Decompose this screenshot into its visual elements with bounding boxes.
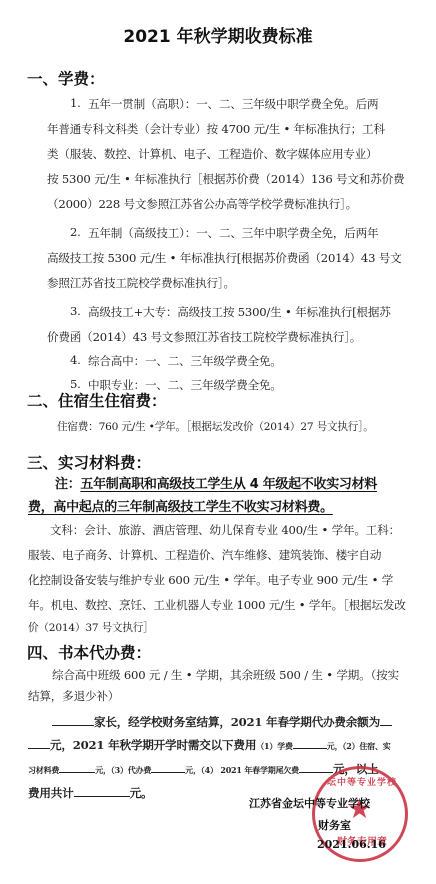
text: 家长，经学校财务室结算，2021 年春学期代办费余额为: [94, 715, 380, 729]
page-title: 2021 年秋学期收费标准: [0, 22, 436, 47]
notice-line-3: 习材料费元，（3）代办费元，（4） 2021 年春学期尾欠费元，以上: [28, 761, 379, 777]
text-line: 价（2014）37 号文执行］: [28, 620, 154, 635]
text-line: 五年一贯制（高职）：一、二、三年级中职学费全免。后两: [88, 96, 378, 112]
signature-date: 2021.06.16: [317, 838, 386, 851]
note-label: 注：: [55, 477, 80, 492]
text-line: 服装、电子商务、计算机、工程造价、汽车维修、建筑装饰、楼宇自动: [28, 547, 381, 563]
text-line: 年。机电、数控、烹饪、工业机器人专业 1000 元/生 • 学年。［根据坛发改: [28, 597, 406, 613]
text-line: 按 5300 元/生 • 年标准执行［根据苏价费（2014）136 号文和苏价费: [47, 171, 404, 187]
section-heading-dorm: 二、住宿生住宿费：: [27, 389, 167, 411]
text: 元，（4） 2021 年春学期尾欠费: [185, 765, 299, 775]
text-line: 参照江苏省技工院校学费标准执行］。: [47, 275, 235, 291]
text: 费用共计: [28, 786, 74, 800]
stamp-ring-text: 坛中等专业学校: [327, 775, 397, 788]
text-line: 五年制（高级技工）：一、二、三年中职学费全免，后两年: [88, 225, 378, 241]
signature-office: 财务室: [318, 817, 351, 833]
text-line: 类（服装、数控、计算机、电子、工程造价、数字媒体应用专业）: [47, 146, 377, 162]
tuition-blank[interactable]: [293, 738, 327, 749]
agency-fee-blank[interactable]: [151, 762, 185, 773]
text: 习材料费: [28, 765, 59, 775]
total-blank[interactable]: [74, 786, 130, 797]
text-line: 综合高中：一、二、三年级学费全免。: [88, 353, 282, 369]
item-number: 2.: [70, 225, 81, 239]
text: 元，2021 年秋学期开学时需交以下费用: [50, 738, 256, 752]
section-heading-tuition: 一、学费：: [27, 67, 105, 89]
signature-school: 江苏省金坛中等专业学校: [249, 795, 370, 811]
text-line: 化控制设备安装与维护专业 600 元/生 • 学年。电子专业 900 元/生 •…: [28, 572, 393, 588]
section-heading-books: 四、书本代办费：: [27, 641, 151, 663]
notice-line-2: 元，2021 年秋学期开学时需交以下费用（1）学费元，（2）住宿、实: [28, 737, 391, 753]
text: 元。: [130, 786, 153, 800]
item-number: 4.: [70, 353, 81, 367]
item-number: 3.: [70, 304, 81, 318]
text: （1）学费: [256, 741, 293, 751]
text-line: 综合高中班级 600 元 / 生 • 学期，其余班级 500 / 生 • 学期。…: [52, 667, 399, 683]
balance-blank-cont[interactable]: [28, 738, 50, 749]
student-name-blank[interactable]: [52, 715, 94, 726]
text-line: 结算，多退少补）: [28, 688, 119, 704]
note-text: 五年制高职和高级技工学生从 4 年级起不收实习材料: [80, 477, 377, 492]
arrears-blank[interactable]: [299, 762, 333, 773]
text-line: 文科：会计、旅游、酒店管理、幼儿保育专业 400/生 • 学年。工科：: [50, 522, 400, 538]
text-line: 价费函（2014）43 号文参照江苏省技工院校学费标准执行］。: [47, 329, 361, 345]
text-line: 年普通专科文科类（会计专业）按 4700 元/生 • 年标准执行；工科: [47, 121, 385, 137]
text: 元，（3）代办费: [95, 765, 151, 775]
notice-line-1: 家长，经学校财务室结算，2021 年春学期代办费余额为: [52, 714, 392, 730]
balance-blank[interactable]: [380, 715, 392, 726]
materials-note: 注：五年制高职和高级技工学生从 4 年级起不收实习材料: [55, 473, 377, 492]
dorm-materials-blank[interactable]: [59, 762, 95, 773]
item-number: 1.: [70, 96, 81, 110]
text: 元，（2）住宿、实: [327, 741, 391, 751]
text-line: 高级技工按 5300 元/生 • 年标准执行[根据苏价费函（2014）43 号文: [47, 250, 402, 266]
section-heading-materials: 三、实习材料费：: [27, 451, 151, 473]
notice-line-4: 费用共计元。: [28, 785, 152, 801]
dorm-fee-line: 住宿费：760 元/生 •学年。［根据坛发改价（2014）27 号文执行］。: [57, 419, 374, 434]
text-line: （2000）228 号文参照江苏省公办高等学校学费标准执行］。: [47, 196, 357, 212]
text-line: 高级技工+大专：高级技工按 5300/生 • 年标准执行[根据苏: [88, 304, 391, 320]
note-text-cont: 费，高中起点的三年制高级技工学生不收实习材料费。: [28, 496, 333, 515]
